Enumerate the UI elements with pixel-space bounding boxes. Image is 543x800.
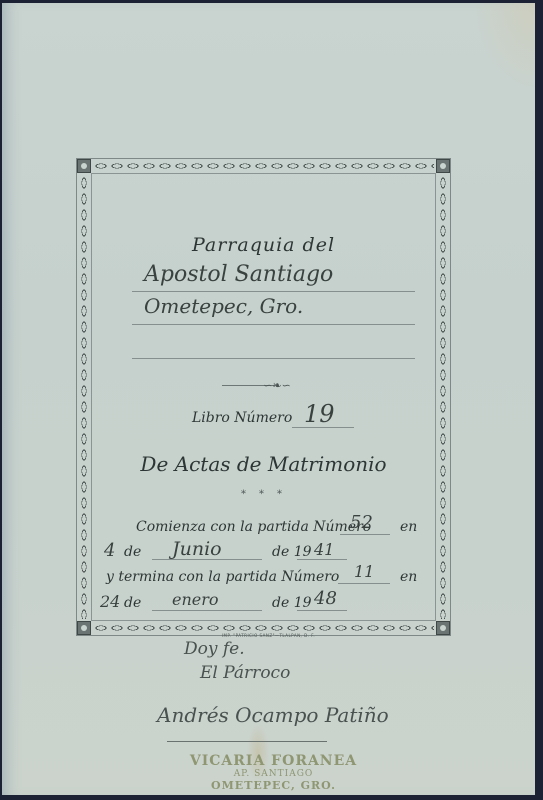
stamp-line-3: OMETEPEC, GRO. <box>2 779 543 792</box>
start-entry-number: 52 <box>350 512 373 533</box>
end-year: 48 <box>314 588 337 609</box>
document-page: Parraquia del Apostol Santiago Ometepec,… <box>2 3 535 795</box>
frame-border-top <box>93 160 434 172</box>
en-label: en <box>400 569 417 585</box>
rule-line <box>292 427 354 428</box>
rule-line <box>340 534 390 535</box>
parish-heading: Parraquia del <box>92 234 435 256</box>
signature-flourish <box>167 741 327 742</box>
location: Ometepec, Gro. <box>144 294 303 318</box>
rule-line <box>132 291 415 292</box>
frame-border-left <box>78 175 90 619</box>
rule-line <box>152 559 262 560</box>
termina-label: y termina con la partida Número <box>106 569 339 585</box>
corner-ornament-icon <box>77 159 91 173</box>
start-month: Junio <box>172 538 222 560</box>
parish-name: Apostol Santiago <box>144 262 333 287</box>
ornament-icon: ∽❧∽ <box>237 379 317 392</box>
start-year: 41 <box>314 540 334 559</box>
libro-number: 19 <box>304 400 335 428</box>
signature: Andrés Ocampo Patiño <box>157 703 389 727</box>
frame-border-right <box>437 175 449 619</box>
stamp-line-1: VICARIA FORANEA <box>2 753 543 769</box>
corner-ornament-icon <box>436 159 450 173</box>
end-day: 24 <box>100 592 120 611</box>
rule-line <box>132 324 415 325</box>
start-day: 4 <box>104 540 115 561</box>
de-label: de <box>124 595 141 611</box>
ornamental-frame: Parraquia del Apostol Santiago Ometepec,… <box>76 158 451 636</box>
dots-ornament: ∗ ∗ ∗ <box>92 487 435 498</box>
attestation-doy-fe: Doy fe. <box>184 639 245 659</box>
attestation-parroco: El Párroco <box>200 663 290 683</box>
de-year-label: de 19 <box>272 595 312 611</box>
en-label: en <box>400 519 417 535</box>
rule-line <box>297 559 347 560</box>
frame-content: Parraquia del Apostol Santiago Ometepec,… <box>91 173 436 621</box>
printer-imprint: IMP. "PATRICIO SANZ"—TLALPAN, D. F. <box>2 633 535 638</box>
libro-label: Libro Número <box>192 410 292 426</box>
stamp-line-2: AP. SANTIAGO <box>2 769 543 779</box>
end-entry-number: 11 <box>354 562 374 581</box>
rule-line <box>132 358 415 359</box>
de-label: de <box>124 544 141 560</box>
register-title: De Actas de Matrimonio <box>92 452 435 476</box>
de-year-label: de 19 <box>272 544 312 560</box>
end-month: enero <box>172 590 219 609</box>
rule-line <box>297 610 347 611</box>
rule-line <box>338 583 390 584</box>
rule-line <box>152 610 262 611</box>
comienza-label: Comienza con la partida Número <box>136 519 371 535</box>
